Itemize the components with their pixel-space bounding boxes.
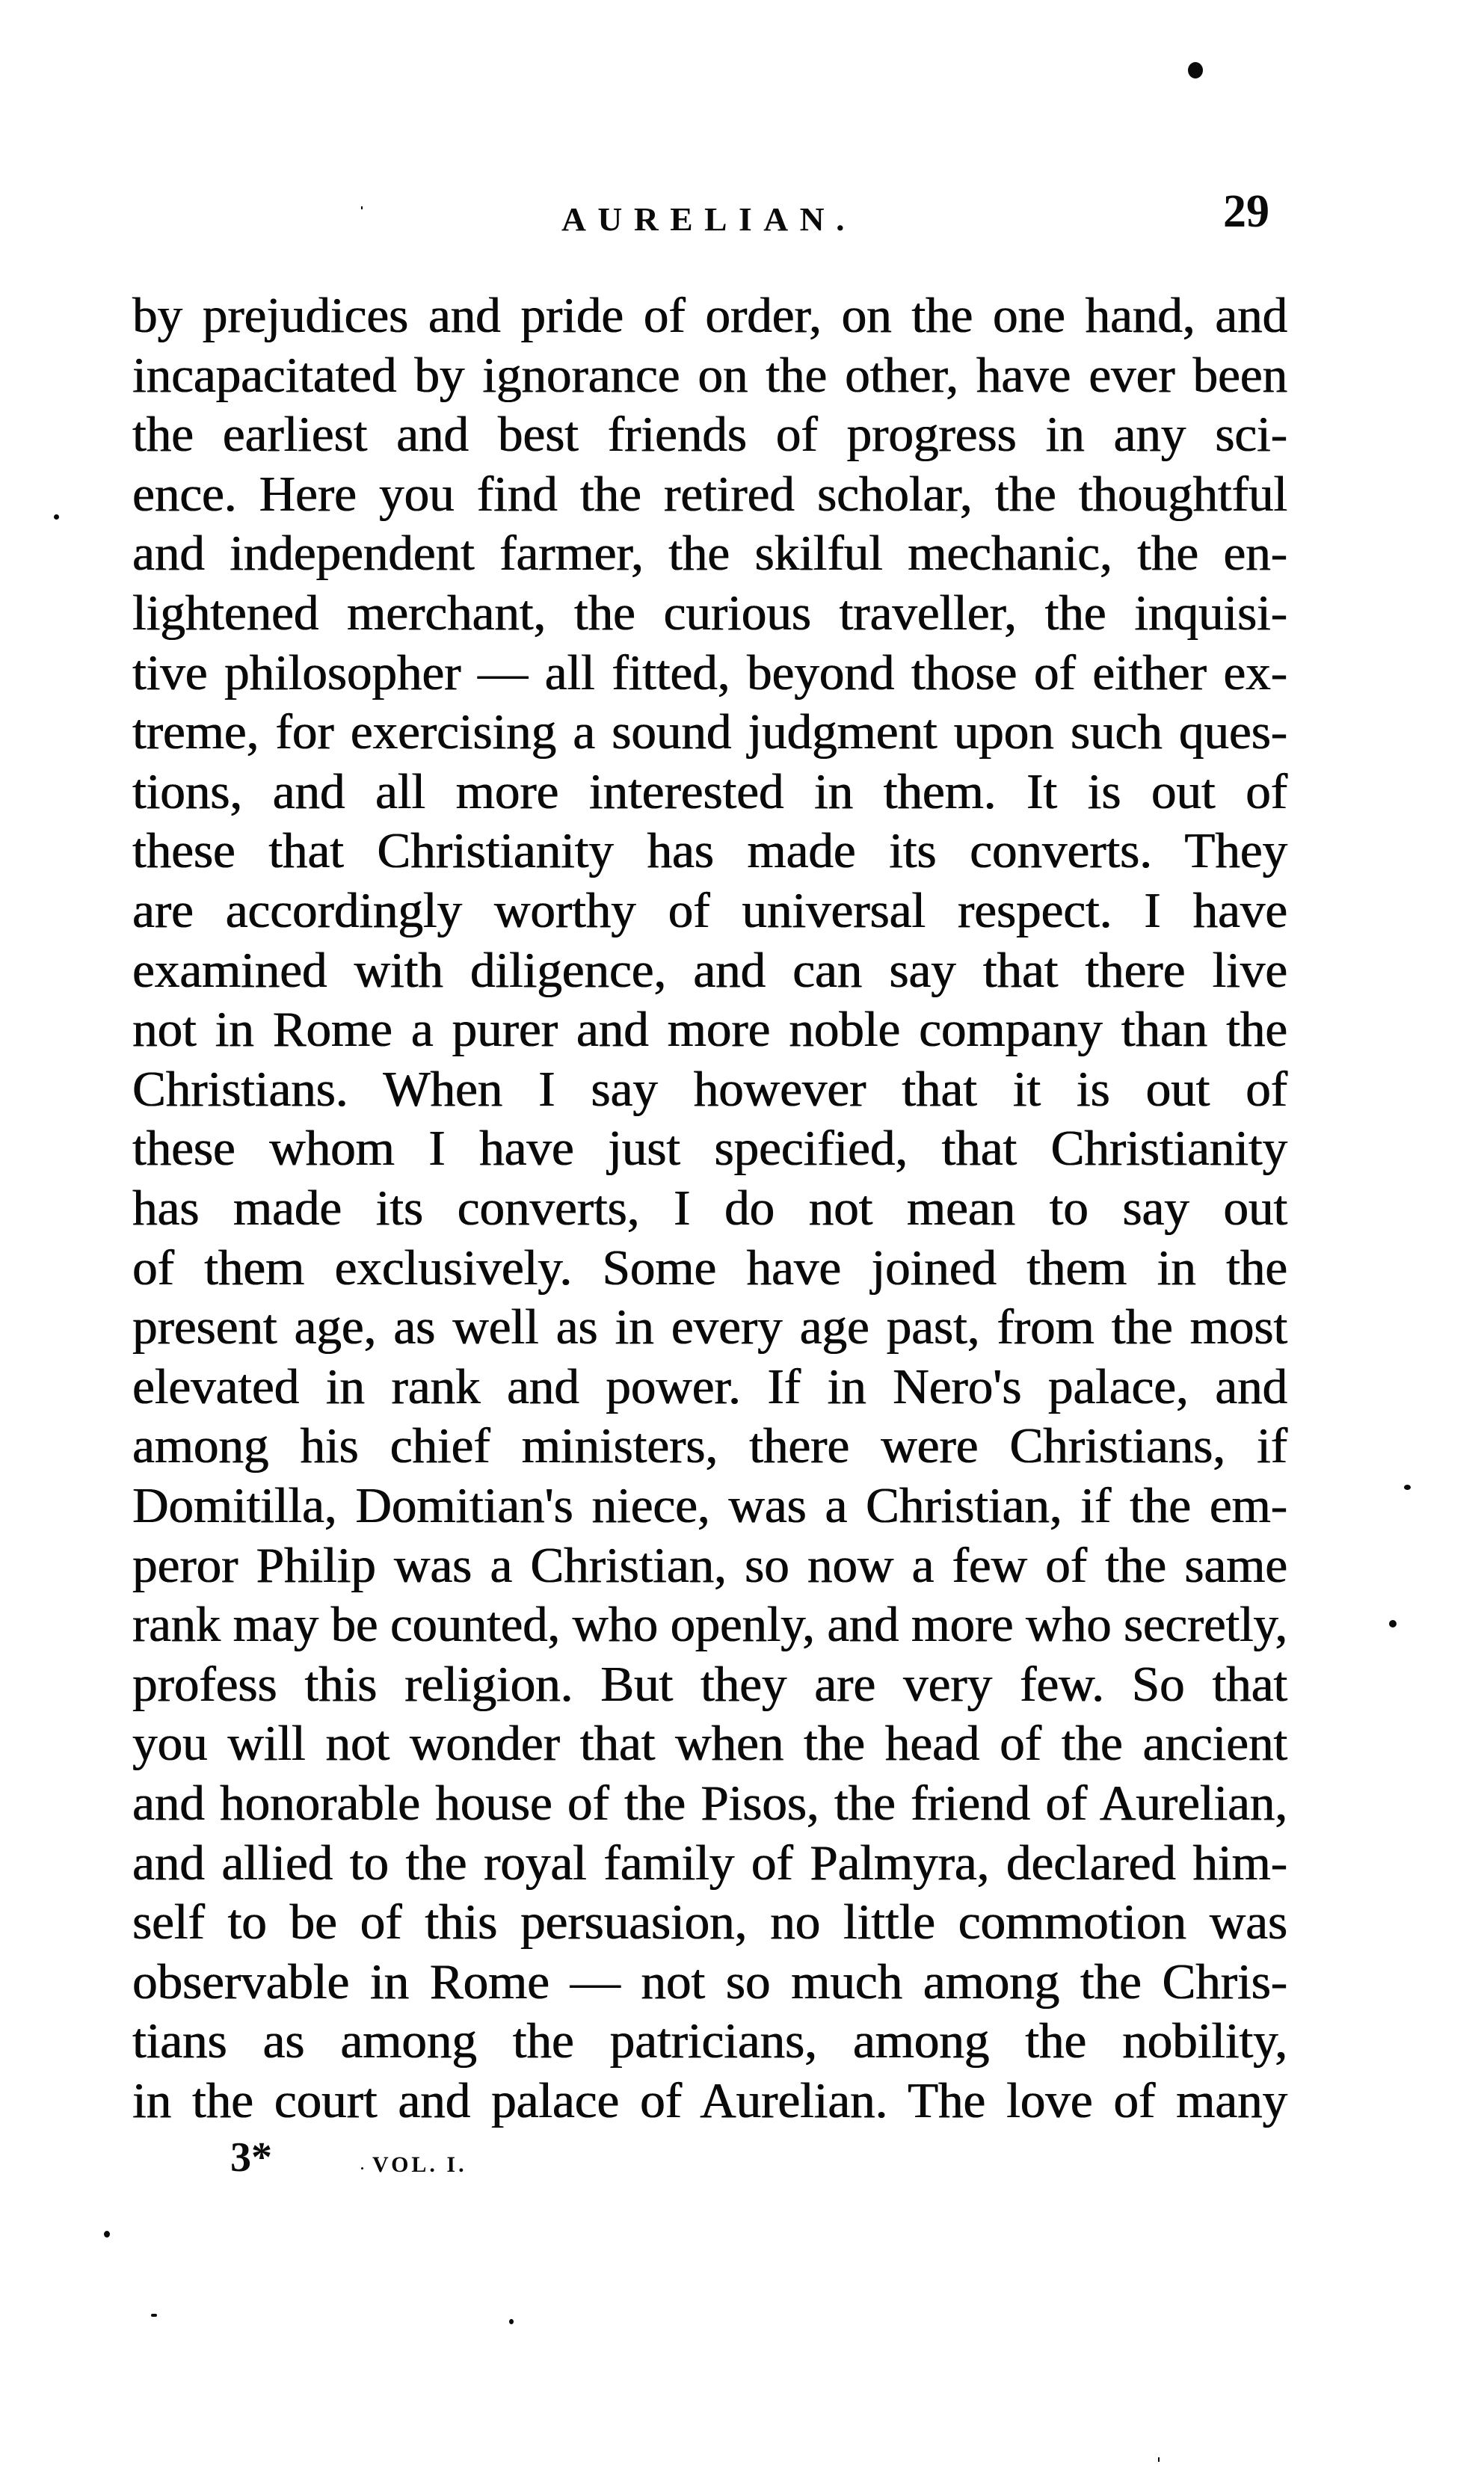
text-line-content: by prejudices and pride of order, on the… [132,286,1287,345]
text-line: profess this religion. But they are very… [132,1654,1287,1714]
text-line: of them exclusively. Some have joined th… [132,1238,1287,1298]
text-line-content: and honorable house of the Pisos, the fr… [132,1773,1287,1833]
ink-speck [54,514,59,520]
ink-speck [1389,1620,1397,1627]
text-line: elevated in rank and power. If in Nero's… [132,1357,1287,1417]
text-line-content: these whom I have just specified, that C… [132,1118,1287,1178]
text-line: are accordingly worthy of universal resp… [132,881,1287,940]
text-line: these that Christianity has made its con… [132,821,1287,881]
text-line: incapacitated by ignorance on the other,… [132,345,1287,405]
text-line-content: examined with diligence, and can say tha… [132,940,1287,1000]
text-line: Domitilla, Domitian's niece, was a Chris… [132,1476,1287,1536]
text-line-content: these that Christianity has made its con… [132,821,1287,881]
text-line: in the court and palace of Aurelian. The… [132,2071,1287,2131]
ink-speck [1158,2457,1160,2462]
text-line: among his chief ministers, there were Ch… [132,1416,1287,1476]
ink-speck [151,2314,157,2317]
text-line-content: rank may be counted, who openly, and mor… [132,1595,1287,1654]
text-line-content: of them exclusively. Some have joined th… [132,1238,1287,1298]
text-line: examined with diligence, and can say tha… [132,940,1287,1000]
text-line: ence. Here you find the retired scholar,… [132,464,1287,524]
text-line-content: tions, and all more interested in them. … [132,762,1287,822]
text-line-content: and allied to the royal family of Palmyr… [132,1833,1287,1893]
text-line: peror Philip was a Christian, so now a f… [132,1536,1287,1595]
text-line-content: peror Philip was a Christian, so now a f… [132,1536,1287,1595]
ink-speck [361,206,363,209]
text-line-content: profess this religion. But they are very… [132,1654,1287,1714]
text-line: observable in Rome — not so much among t… [132,1952,1287,2012]
text-line: not in Rome a purer and more noble compa… [132,1000,1287,1059]
text-line: by prejudices and pride of order, on the… [132,286,1287,345]
text-line-content: not in Rome a purer and more noble compa… [132,1000,1287,1059]
volume-mark: VOL. I. [372,2152,467,2178]
text-line-content: Christians. When I say however that it i… [132,1059,1287,1119]
text-line-content: and independent farmer, the skilful mech… [132,523,1287,583]
body-text: by prejudices and pride of order, on the… [0,0,1484,2243]
text-line-content: tive philosopher — all fitted, beyond th… [132,643,1287,703]
text-line-content: treme, for exercising a sound judgment u… [132,702,1287,762]
text-line: Christians. When I say however that it i… [132,1059,1287,1119]
text-line: present age, as well as in every age pas… [132,1297,1287,1357]
text-line-content: elevated in rank and power. If in Nero's… [132,1357,1287,1417]
ink-speck [104,2231,110,2238]
text-line-content: the earliest and best friends of progres… [132,404,1287,464]
text-line-content: incapacitated by ignorance on the other,… [132,345,1287,405]
text-line: and allied to the royal family of Palmyr… [132,1833,1287,1893]
text-line-content: in the court and palace of Aurelian. The… [132,2071,1287,2131]
text-line: has made its converts, I do not mean to … [132,1178,1287,1238]
text-line: treme, for exercising a sound judgment u… [132,702,1287,762]
text-line-content: present age, as well as in every age pas… [132,1297,1287,1357]
signature-mark: 3* [230,2135,272,2180]
text-line: you will not wonder that when the head o… [132,1713,1287,1773]
text-line: rank may be counted, who openly, and mor… [132,1595,1287,1654]
text-line: tians as among the patricians, among the… [132,2011,1287,2071]
text-line: the earliest and best friends of progres… [132,404,1287,464]
text-line: and independent farmer, the skilful mech… [132,523,1287,583]
text-line-content: among his chief ministers, there were Ch… [132,1416,1287,1476]
text-line-content: ence. Here you find the retired scholar,… [132,464,1287,524]
text-line: lightened merchant, the curious travelle… [132,583,1287,643]
text-line-content: observable in Rome — not so much among t… [132,1952,1287,2012]
text-line-content: you will not wonder that when the head o… [132,1713,1287,1773]
ink-speck [1188,62,1203,78]
text-line: these whom I have just specified, that C… [132,1118,1287,1178]
ink-speck [509,2319,514,2324]
text-line-content: self to be of this persuasion, no little… [132,1892,1287,1952]
text-line: tive philosopher — all fitted, beyond th… [132,643,1287,703]
text-line-content: are accordingly worthy of universal resp… [132,881,1287,940]
text-line-content: tians as among the patricians, among the… [132,2011,1287,2071]
text-line: and honorable house of the Pisos, the fr… [132,1773,1287,1833]
text-line-content: lightened merchant, the curious travelle… [132,583,1287,643]
text-line: tions, and all more interested in them. … [132,762,1287,822]
ink-speck [1404,1485,1411,1490]
book-page: AURELIAN. 29 by prejudices and pride of … [0,0,1484,2479]
text-line: self to be of this persuasion, no little… [132,1892,1287,1952]
ink-speck [361,2167,363,2169]
text-line-content: has made its converts, I do not mean to … [132,1178,1287,1238]
text-line-content: Domitilla, Domitian's niece, was a Chris… [132,1476,1287,1536]
